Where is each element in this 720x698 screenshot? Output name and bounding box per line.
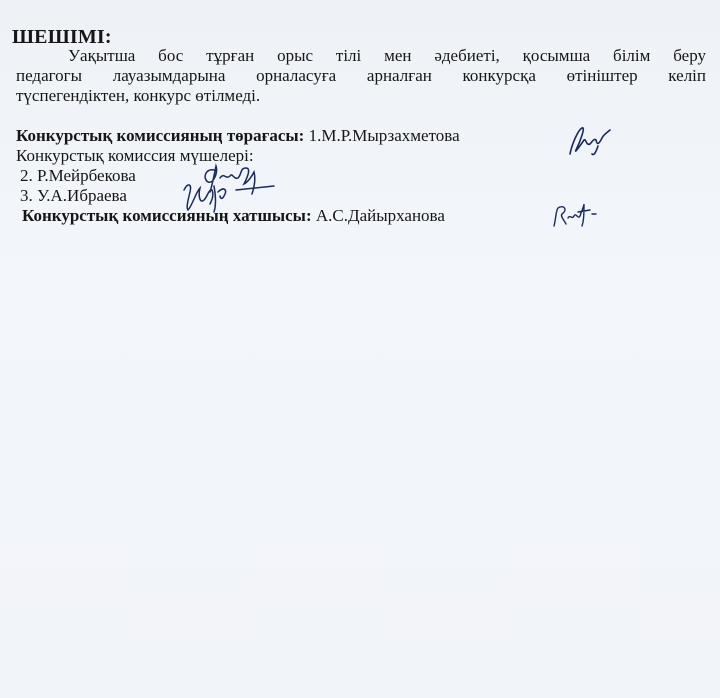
- member-row-2: 3. У.А.Ибраева: [20, 186, 127, 206]
- paragraph-line-1: Уақытша бос тұрған орыс тілі мен әдебиет…: [16, 46, 706, 66]
- member-name: 3. У.А.Ибраева: [20, 186, 127, 205]
- member-name: 2. Р.Мейрбекова: [20, 166, 136, 185]
- secretary-name: А.С.Дайырханова: [316, 206, 445, 225]
- member-row-1: 2. Р.Мейрбекова: [20, 166, 136, 186]
- secretary-label: Конкурстық комиссияның хатшысы:: [22, 206, 312, 225]
- secretary-signature-icon: [550, 202, 598, 232]
- chair-signature-icon: [564, 124, 614, 158]
- chair-label: Конкурстық комиссияның төрағасы:: [16, 126, 304, 145]
- chair-row: Конкурстық комиссияның төрағасы: 1.М.Р.М…: [16, 126, 460, 146]
- secretary-row: Конкурстық комиссияның хатшысы: А.С.Дайы…: [22, 206, 445, 226]
- decision-paragraph: Уақытша бос тұрған орыс тілі мен әдебиет…: [16, 46, 706, 106]
- paragraph-line-3: түспегендіктен, конкурс өтілмеді.: [16, 86, 706, 106]
- paragraph-line-2: педагогы лауазымдарына орналасуға арналғ…: [16, 66, 706, 86]
- chair-name: 1.М.Р.Мырзахметова: [309, 126, 460, 145]
- document-page: ШЕШІМІ: Уақытша бос тұрған орыс тілі мен…: [0, 0, 720, 698]
